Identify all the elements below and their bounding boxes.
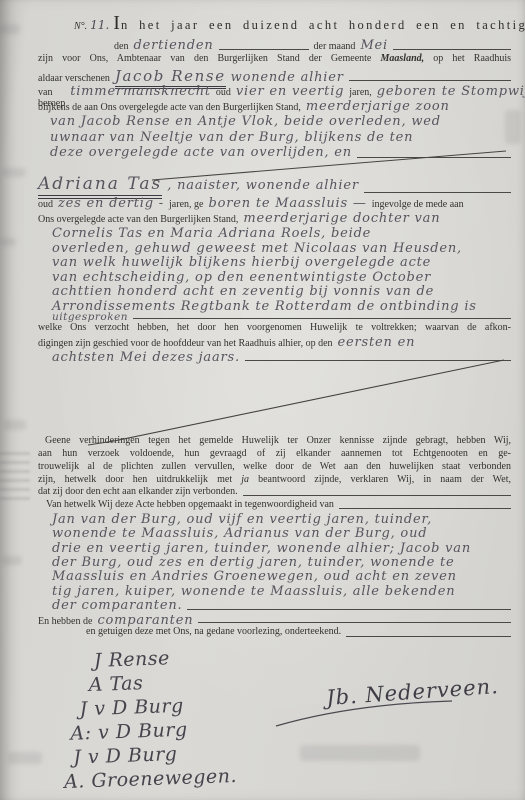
blank-rule [243,495,511,496]
label-oud: oud [38,199,53,210]
bride-occupation: , naaister, wonende alhier [167,178,359,193]
label-verschenen: aldaar verschenen [38,73,110,84]
blank-rule [393,49,511,50]
consent-line-4: zijn, hetwelk door hen uitdrukkelijk met… [38,473,511,486]
groom-parents-line-3: deze overgelegde acte van overlijden, en [50,145,511,161]
year-line-text: n het jaar een duizend acht honderd een … [121,18,525,32]
bride-prev-marriage-line-1: overleden, gehuwd geweest met Nicolaas v… [52,241,511,256]
document-body: N°. 11. In het jaar een duizend acht hon… [0,0,525,800]
request-line-2: digingen zijn geschied voor de hoofddeur… [38,335,511,350]
month-value: Mei [360,38,388,53]
blank-rule [133,318,511,319]
bride-divorce-line-2: achttien honderd acht en zeventig bij vo… [52,284,511,299]
signature-area: J Rense A Tas J v D Burg A: v D Burg J v… [38,640,511,800]
witness-line-3: drie en veertig jaren, tuinder, wonende … [52,541,511,555]
witness-line-7-text: der comparanten. [52,598,182,613]
bride-age-row: oud zes en dertig - jaren, ge boren te M… [38,196,511,211]
consent-line-1: Geene verhinderingen tegen het gemelde H… [38,434,511,447]
groom-profession: timmermansknecht [70,84,211,99]
blank-rule [339,508,511,509]
groom-parents-line-2: uwnaar van Neeltje van der Burg, blijken… [50,130,511,146]
blank-rule [245,360,511,361]
uitgesproken-text: uitgesproken [52,311,128,323]
gemeente-name: Maasland, [381,53,425,64]
act-number-value: 11. [90,18,109,32]
closing-line-2: en getuigen deze met Ons, na gedane voor… [86,626,511,640]
request-text: digingen zijn geschied voor de hoofddeur… [38,338,333,349]
official-signature: Jb. Nederveen. [325,674,499,710]
act-number-label: N°. [74,21,87,32]
blank-rule [187,609,511,610]
consent-line-3: trouwelijk al de plichten zullen vervull… [38,460,511,473]
year-line: In het jaar een duizend acht honderd een… [113,12,525,35]
bride-divorce-line-1: van echtscheiding, op den eenentwintigst… [52,270,511,285]
groom-son-note: meerderjarige zoon [306,99,450,114]
ingevolge-text: ingevolge de mede aan [372,199,464,210]
witness-line-5: Maassluis en Andries Groenewegen, oud ac… [52,569,511,583]
bride-divorce-line-3: Arrondissements Regtbank te Rotterdam de… [52,299,511,311]
signature: A. Groenewegen. [64,765,238,795]
consent-line-5: dat zij door den echt aan elkander zijn … [38,486,511,499]
act-number: N°. 11. [74,18,109,33]
blank-rule [346,636,511,637]
groom-row: aldaar verschenen Jacob Rense wonende al… [38,67,511,84]
groom-age: vier en veertig [236,84,344,99]
closing-line-1: En hebben de comparanten [38,613,511,626]
closing-line-1-label: En hebben de [38,616,92,627]
consent-line-6-text: Van hetwelk Wij deze Acte hebben opgemaa… [46,499,334,510]
groom-birthplace: geboren te Stompwijk [377,84,525,99]
consent-line-4c: beantwoord zijnde, verklaren Wij, in naa… [258,474,511,485]
header-row: N°. 11. In het jaar een duizend acht hon… [74,12,511,38]
banns-dates-1: eersten en [338,335,416,350]
witness-line-7: der comparanten. [52,598,511,613]
witness-line-4: der Burg, oud zes en dertig jaren, tuind… [52,555,511,569]
bride-daughter-note: meerderjarige dochter van [243,211,440,226]
label-oud: oud [216,87,231,98]
closing-line-2-text: en getuigen deze met Ons, na gedane voor… [86,626,341,637]
scanned-marriage-certificate: N°. 11. In het jaar een duizend acht hon… [0,0,525,800]
blank-rule [219,49,309,50]
consent-line-4a: zijn, hetwelk door hen uitdrukkelijk met [38,474,232,485]
banns-dates-2: achtsten Mei dezes jaars. [52,350,240,365]
groom-residence: wonende alhier [231,70,344,85]
blank-rule [357,157,511,158]
witness-line-2: wonende te Maassluis, Adrianus van der B… [52,526,511,540]
bride-acte-text: Ons overgelegde acte van den Burgerlijke… [38,214,238,225]
raadhuis-text: op het Raadhuis [433,53,511,64]
party-signatures: J Rense A Tas J v D Burg A: v D Burg J v… [60,645,238,795]
witness-line-1: Jan van der Burg, oud vijf en veertig ja… [52,512,511,526]
bride-acte-row: Ons overgelegde acte van den Burgerlijke… [38,211,511,226]
witness-line-6: tig jaren, kuiper, wonende te Maassluis,… [52,584,511,598]
label-jaren: jaren, [349,87,372,98]
bride-parents-line: Cornelis Tas en Maria Adriana Roels, bei… [52,226,511,241]
bride-birthplace: boren te Maassluis — [208,196,366,211]
groom-acte-row: blijkens de aan Ons overgelegde acte van… [38,99,511,114]
bride-row: Adriana Tas , naaister, wonende alhier [38,174,511,196]
consent-line-5-text: dat zij door den echt aan elkander zijn … [38,486,238,497]
crossed-out-blank-area [38,364,511,434]
date-row: den dertienden der maand Mei [114,38,511,53]
blijkens-text: blijkens de aan Ons overgelegde acte van… [38,102,301,113]
label-der-maand: der maand [314,41,356,52]
blank-rule [349,80,511,81]
consent-line-2: aan hun verzoek voldoende, hun gevraagd … [38,447,511,460]
bride-age: zes en dertig - [58,196,164,211]
year-line-initial: I [113,12,121,34]
officials-line: zijn voor Ons, Ambtenaar van den Burgerl… [38,53,511,67]
groom-parents-line-1: van Jacob Rense en Antje Vlok, beide ove… [50,114,511,130]
blank-rule [364,192,511,193]
officials-text: zijn voor Ons, Ambtenaar van den Burgerl… [38,53,371,64]
request-line-1: welke Ons verzocht hebben, het door hen … [38,322,511,336]
groom-profession-row: van beroep timmermansknecht oud vier en … [38,84,511,99]
groom-widower-note: deze overgelegde acte van overlijden, en [50,145,352,160]
banns-dates-row: achtsten Mei dezes jaars. [52,350,511,364]
label-jaren-ge: jaren, ge [169,199,203,210]
bride-prev-marriage-line-2: van welk huwelijk blijkens hierbij overg… [52,255,511,270]
blank-rule [198,622,511,623]
consent-line-6: Van hetwelk Wij deze Acte hebben opgemaa… [46,499,511,512]
consent-ja: ja [241,474,249,485]
spacer [38,161,511,174]
day-value: dertienden [133,38,213,53]
label-den: den [114,41,128,52]
